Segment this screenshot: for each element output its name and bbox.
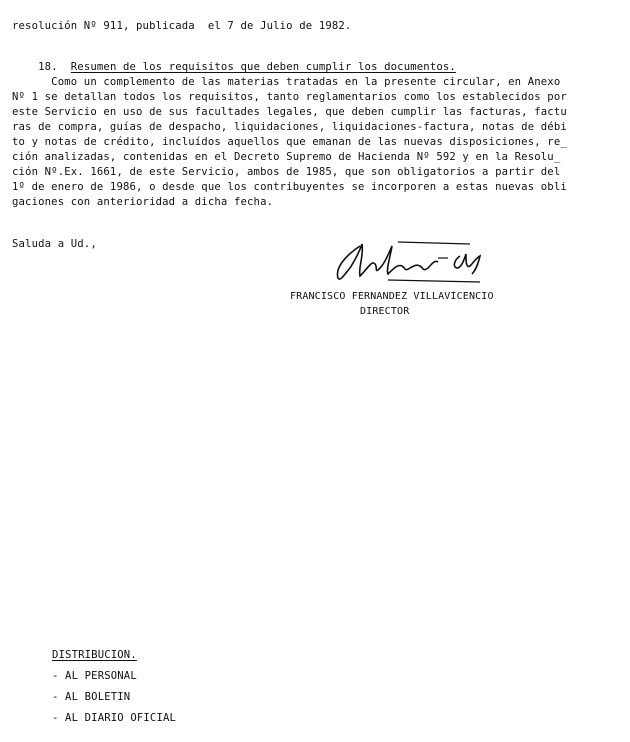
- paragraph-line: to y notas de crédito, incluídos aquello…: [12, 134, 567, 150]
- distribution-heading: DISTRIBUCION.: [52, 649, 137, 661]
- signatory-name: FRANCISCO FERNANDEZ VILLAVICENCIO: [290, 291, 494, 302]
- paragraph-line: gaciones con anterioridad a dicha fecha.: [12, 194, 273, 210]
- paragraph-line: ras de compra, guías de despacho, liquid…: [12, 119, 567, 135]
- paragraph-line: ción analizadas, contenidas en el Decret…: [12, 149, 560, 165]
- section-title: Resumen de los requisitos que deben cump…: [71, 61, 456, 73]
- paragraph-line: ción Nº.Ex. 1661, de este Servicio, ambo…: [12, 164, 560, 180]
- intro-line: resolución Nº 911, publicada el 7 de Jul…: [12, 19, 351, 34]
- paragraph-line: 1º de enero de 1986, o desde que los con…: [12, 179, 567, 195]
- paragraph-line: Como un complemento de las materias trat…: [12, 74, 560, 90]
- distribution-item: - AL BOLETIN: [52, 691, 130, 703]
- distribution-item: - AL PERSONAL: [52, 670, 137, 682]
- signature-icon: [320, 238, 490, 288]
- section-number: 18.: [38, 61, 58, 73]
- paragraph-line: este Servicio en uso de sus facultades l…: [12, 104, 567, 120]
- signatory-title: DIRECTOR: [360, 306, 409, 317]
- distribution-item: - AL DIARIO OFICIAL: [52, 712, 176, 724]
- paragraph-line: Nº 1 se detallan todos los requisitos, t…: [12, 89, 567, 105]
- closing-salutation: Saluda a Ud.,: [12, 237, 97, 252]
